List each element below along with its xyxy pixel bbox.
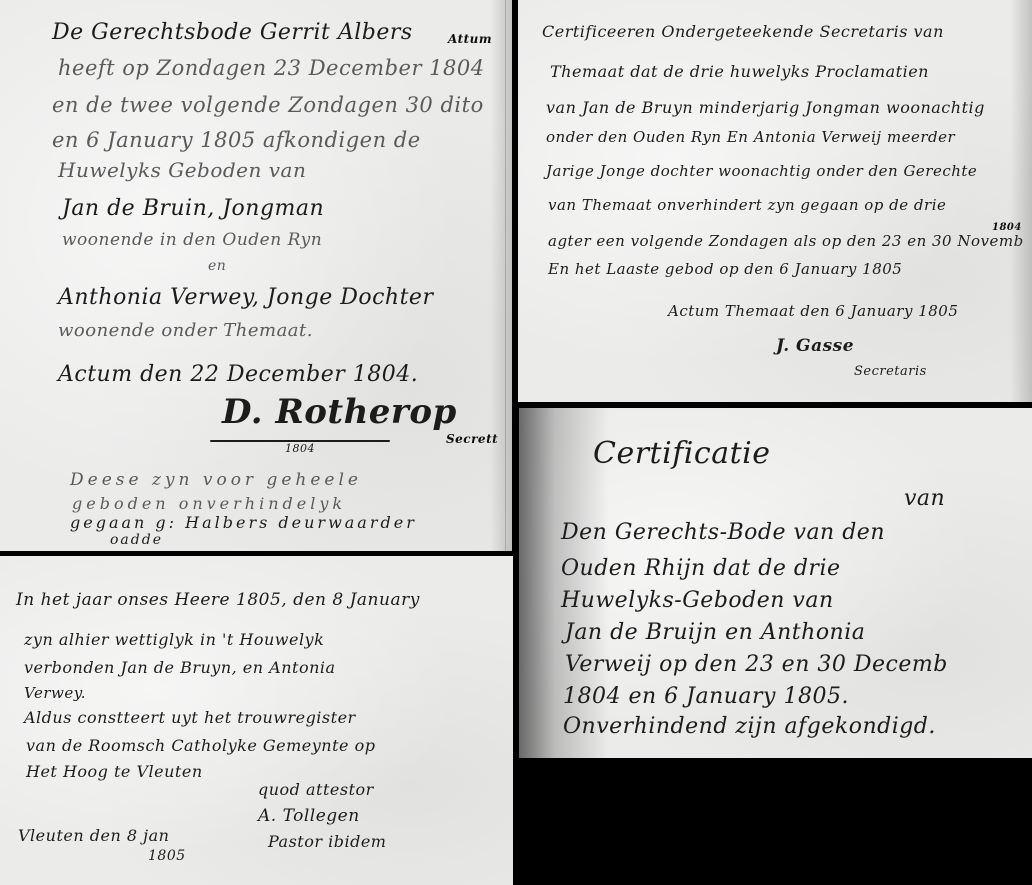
page-edge-line [505,0,506,551]
footnote-line: geboden onverhindelyk [72,494,346,513]
closing-line: Actum Themaat den 6 January 1805 [668,302,958,320]
document-title: Certificatie [593,436,771,471]
text-line: Huwelyks-Geboden van [561,588,834,613]
place-date: Vleuten den 8 jan [18,826,169,845]
text-line: verbonden Jan de Bruyn, en Antonia [24,658,336,677]
place-year: 1805 [148,848,186,864]
bride-name: Anthonia Verwey, Jonge Dochter [58,285,433,310]
text-line: en [208,258,226,274]
groom-name: Jan de Bruin, Jongman [62,196,324,221]
empty-black-region [518,758,1032,885]
text-line: en 6 January 1805 afkondigen de [52,128,421,152]
signature-year: 1804 [285,442,315,455]
text-line: heeft op Zondagen 23 December 1804 [58,56,485,80]
signature: A. Tollegen [258,806,360,826]
text-line: van Themaat onverhindert zyn gegaan op d… [548,196,946,214]
text-line: Jarige Jonge dochter woonachtig onder de… [546,162,977,180]
signature-title: Secrett [446,432,498,446]
text-line: agter een volgende Zondagen als op den 2… [548,232,1024,250]
text-line: Onverhindend zijn afgekondigd. [563,714,936,739]
margin-note: Attum [448,32,492,46]
text-line: Themaat dat de drie huwelyks Proclamatie… [550,62,929,81]
text-line: zyn alhier wettiglyk in 't Houwelyk [24,630,324,649]
text-line: De Gerechtsbode Gerrit Albers [52,20,413,45]
text-line: Het Hoog te Vleuten [26,762,203,781]
text-line: Ouden Rhijn dat de drie [561,556,841,581]
text-line: woonende in den Ouden Ryn [62,230,322,250]
footnote-line: Deese zyn voor geheele [70,470,362,490]
footnote-line: gegaan g: Halbers deurwaarder [70,513,417,532]
text-line: Verwey. [24,684,86,702]
signature-title: Pastor ibidem [268,832,386,851]
text-line: en de twee volgende Zondagen 30 dito [52,93,484,117]
text-line: Verweij op den 23 en 30 Decemb [565,652,948,677]
attestation: quod attestor [258,780,374,799]
text-line: Certificeeren Ondergeteekende Secretaris… [542,22,944,41]
text-line: woonende onder Themaat. [58,320,313,341]
text-line: Aldus constteert uyt het trouwregister [24,708,356,727]
document-panel-bottom-left: In het jaar onses Heere 1805, den 8 Janu… [0,556,513,885]
text-line: Den Gerechts-Bode van den [561,520,885,545]
document-panel-top-left: De Gerechtsbode Gerrit Albers Attum heef… [0,0,512,551]
text-line: van de Roomsch Catholyke Gemeynte op [26,736,375,755]
signature-title: Secretaris [854,364,927,379]
text-line: En het Laaste gebod op den 6 January 180… [548,260,902,278]
text-line: In het jaar onses Heere 1805, den 8 Janu… [16,590,420,610]
document-panel-bottom-right: Certificatie van Den Gerechts-Bode van d… [519,408,1032,758]
text-line: van Jan de Bruyn minderjarig Jongman woo… [546,98,985,117]
text-line: van [904,486,945,511]
text-line: Huwelyks Geboden van [58,158,306,182]
signature: D. Rotherop [222,392,457,432]
text-line: Jan de Bruijn en Anthonia [565,620,865,645]
text-line: onder den Ouden Ryn En Antonia Verweij m… [546,128,955,146]
date-line: Actum den 22 December 1804. [58,362,418,387]
signature: J. Gasse [776,336,854,356]
text-line: 1804 en 6 January 1805. [563,684,849,709]
document-panel-top-right: Certificeeren Ondergeteekende Secretaris… [518,0,1032,402]
footnote-line: oadde [110,532,163,548]
